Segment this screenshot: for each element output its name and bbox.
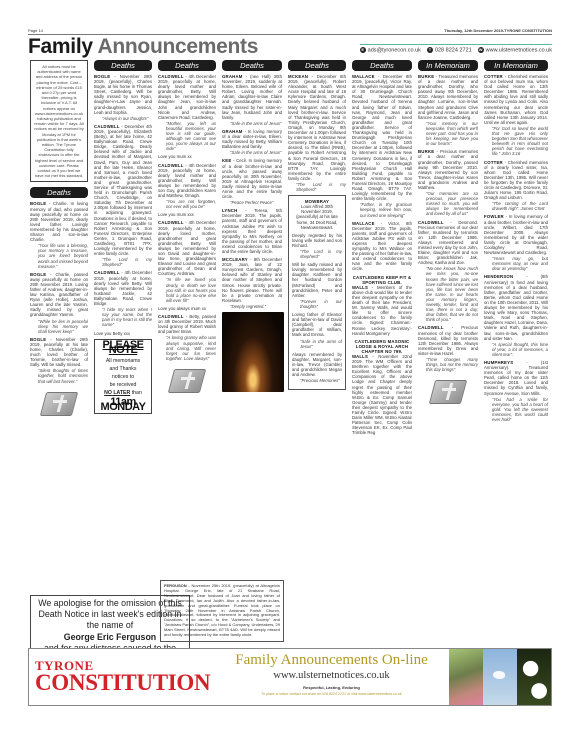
phone-contact[interactable]: T028 8224 2721 — [427, 47, 472, 53]
banner-photos — [449, 649, 551, 705]
online-announcements-banner[interactable]: TYRONE CONSTITUTION Family Announcements… — [28, 648, 552, 706]
notice: CALDWELL - Betty, passed on 4th December… — [158, 314, 216, 361]
header-row: Family Announcements Eads@tyronecon.co.u… — [28, 35, 552, 57]
bible-icon — [39, 390, 79, 420]
notice: GRAHAM - In loving memory of a dear sist… — [222, 129, 282, 155]
notice: CALDWELL - Desmond. Precious memories of… — [418, 220, 478, 323]
family-photo — [449, 649, 483, 705]
notice: MCKEAN - December 6th 2019, (peacefully)… — [288, 74, 346, 192]
column-3: Deaths CALDWELL - 4th December 2019, pea… — [158, 60, 216, 403]
bible-icon — [167, 367, 207, 397]
newspaper-page: Page 14 Thursday, 12th December 2019-TYR… — [28, 28, 552, 57]
notice: BURKE - Precious memories of a dear moth… — [418, 149, 478, 216]
notice: FOWLER - In loving memory of a dear brot… — [484, 214, 548, 271]
notice: HENDERSON - (8th Anniversary) In fond an… — [484, 274, 548, 357]
issue-date: Thursday, 12th December 2019-TYRONE CONS… — [444, 28, 552, 33]
notice: BOGLE - November 29th 2019, (peacefully)… — [94, 74, 152, 121]
banner-url-link[interactable]: www.ulsternetnotices.co.uk — [214, 669, 449, 683]
section-header-in-memoriam: In Memoriam — [418, 60, 478, 71]
info-box: All notices must be authenticated with n… — [30, 60, 88, 182]
tyrone-constitution-logo: TYRONE CONSTITUTION — [29, 649, 214, 705]
notice: COTTER - Cherished memories of our belov… — [484, 74, 548, 157]
notice: KEE - Cecil. In loving memory of a dear … — [222, 158, 282, 205]
column-4: Deaths GRAHAM - (nee Hall) 30th November… — [222, 60, 282, 392]
section-header-deaths: Deaths — [94, 60, 152, 71]
notice: BOGLE - Charlie, passed away peacefully … — [30, 272, 88, 334]
section-header-deaths: Deaths — [352, 60, 412, 71]
column-5: Deaths MCKEAN - December 6th 2019, (peac… — [288, 60, 346, 393]
section-header-deaths: Deaths — [158, 60, 216, 71]
notice: CALDWELL - 4th December 2019, peacefully… — [158, 220, 216, 311]
notice: BOGLE - November 29th 2019, peacefully a… — [30, 337, 88, 384]
banner-text: Family Announcements On-line www.ulstern… — [214, 649, 449, 705]
notice: CALDWELL - December 4th 2019, (peacefull… — [94, 124, 152, 268]
notice: HUMPHREYS - (1st Anniversary). Treasured… — [484, 360, 548, 422]
column-7: In Memoriam BURKE - Treasured memories o… — [418, 60, 478, 414]
notice: LYNCH - Teresa, 5th December 2019. The p… — [222, 208, 282, 254]
phone-icon: T — [427, 47, 433, 53]
notice: BURKE - Treasured memories of a dear mot… — [418, 74, 478, 146]
column-6: Deaths WALLACE - December 8th 2019, (pea… — [352, 60, 412, 438]
section-header-deaths: Deaths — [222, 60, 282, 71]
notice: COTTER - Cherished memories of a dearly … — [484, 160, 548, 212]
mowbray-notice-box: MOWBRAYLouis Alfred 30th November 2019, … — [288, 195, 346, 390]
notice: BOGLE - Charlie. In loving memory of dad… — [30, 201, 88, 268]
contact-bar: Eads@tyronecon.co.uk T028 8224 2721 Wwww… — [360, 44, 552, 57]
lily-photo — [517, 649, 551, 705]
notice: WALLACE - December 8th 2019, (peacefully… — [352, 74, 412, 218]
page-title: Family Announcements — [28, 37, 258, 57]
please-note-box: PLEASE NOTE All memoriams and Thanks not… — [94, 339, 152, 414]
columns: All notices must be authenticated with n… — [28, 60, 552, 644]
dove-photo — [483, 649, 517, 705]
ferguson-notice: FERGUSON - November 25th 2019, (peaceful… — [160, 580, 284, 642]
notice: CALDWELL - 4th December 2019, peacefully… — [158, 74, 216, 160]
column-2: Deaths BOGLE - November 29th 2019, (peac… — [94, 60, 152, 414]
page-topline: Page 14 Thursday, 12th December 2019-TYR… — [28, 28, 552, 35]
notice: MCCLEARY - 8th December 2019, Joan, late… — [222, 257, 282, 309]
notice: WALLACE - Victor, 8th December 2019. The… — [352, 221, 412, 272]
section-header-deaths: Deaths — [288, 60, 346, 71]
notice: CALDWELL - Precious memories of my dear … — [418, 325, 478, 372]
web-contact[interactable]: Wwww.ulsternetnotices.co.uk — [478, 47, 552, 53]
section-header-deaths: Deaths — [30, 187, 88, 198]
notice: GRAHAM - (nee Hall) 30th November, 2019,… — [222, 74, 282, 126]
notice: CASTLEDERG MASONIC LODGE & ROYAL ARCH CH… — [352, 339, 412, 436]
email-icon: E — [360, 47, 366, 53]
notice: CALDWELL - 4th December 2019, peacefully… — [94, 270, 152, 335]
email-contact[interactable]: Eads@tyronecon.co.uk — [360, 47, 421, 53]
bible-icon — [428, 378, 468, 408]
candle-image — [222, 312, 284, 392]
notice: CASTLEDERG KEEP FIT & SPORTING CLUB.WALL… — [352, 275, 412, 336]
column-1: All notices must be authenticated with n… — [30, 60, 88, 426]
notice: CALDWELL - 4th December 2019, peacefully… — [158, 163, 216, 218]
web-icon: W — [478, 47, 484, 53]
page-number: Page 14 — [28, 28, 43, 33]
column-8: In Memoriam COTTER - Cherished memories … — [484, 60, 548, 425]
section-header-in-memoriam: In Memoriam — [484, 60, 548, 71]
